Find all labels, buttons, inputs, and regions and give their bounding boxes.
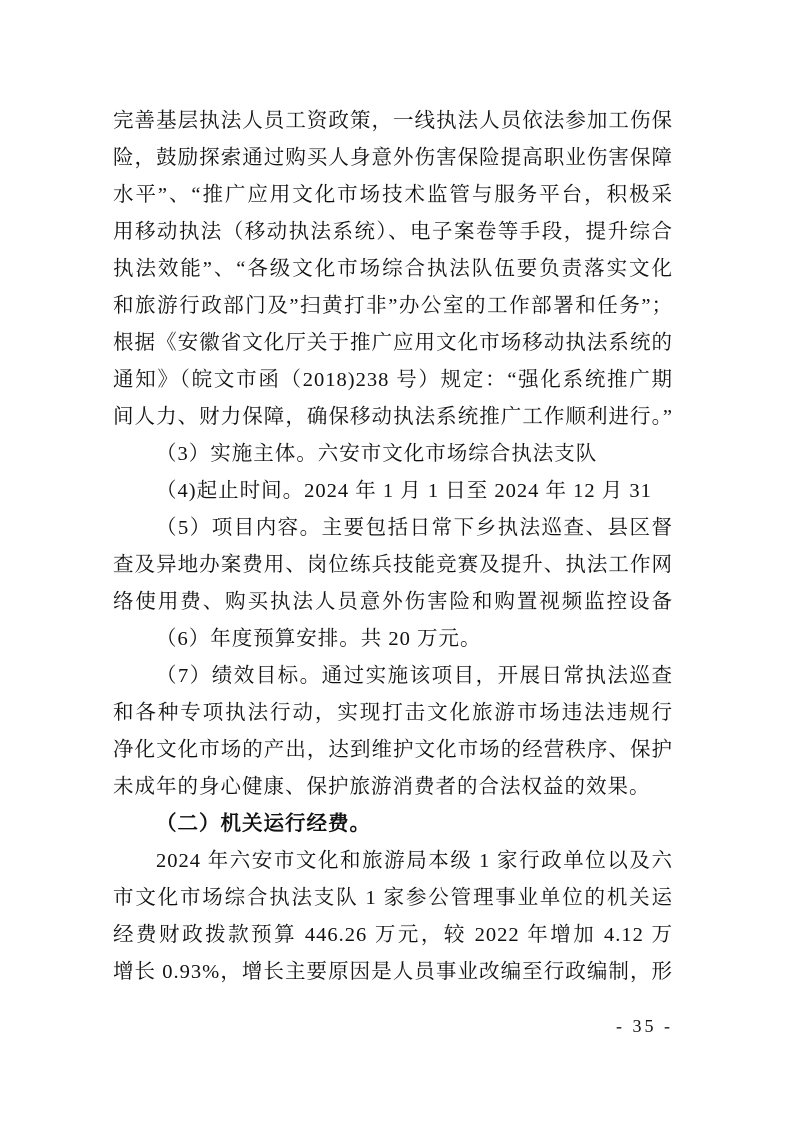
- text-line: 根据《安徽省文化厅关于推广应用文化市场移动执法系统的: [113, 325, 673, 362]
- text-line: 络使用费、购买执法人员意外伤害险和购置视频监控设备等。: [113, 584, 673, 621]
- text-line: 经费财政拨款预算 446.26 万元，较 2022 年增加 4.12 万元，: [113, 917, 673, 954]
- text-line: （7）绩效目标。通过实施该项目，开展日常执法巡查: [113, 658, 673, 695]
- text-line: 查及异地办案费用、岗位练兵技能竞赛及提升、执法工作网: [113, 547, 673, 584]
- document-page: 完善基层执法人员工资政策，一线执法人员依法参加工伤保险，鼓励探索通过购买人身意外…: [0, 0, 793, 1122]
- text-block: 完善基层执法人员工资政策，一线执法人员依法参加工伤保险，鼓励探索通过购买人身意外…: [113, 103, 673, 991]
- text-line: 和各种专项执法行动，实现打击文化旅游市场违法违规行为，: [113, 695, 673, 732]
- text-line: 用移动执法（移动执法系统）、电子案卷等手段，提升综合: [113, 214, 673, 251]
- text-line: 通知》（皖文市函（2018)238 号）规定：“强化系统推广期: [113, 362, 673, 399]
- text-line: 2024 年六安市文化和旅游局本级 1 家行政单位以及六安: [113, 843, 673, 880]
- text-line: 执法效能”、“各级文化市场综合执法队伍要负责落实文化: [113, 251, 673, 288]
- text-line: 完善基层执法人员工资政策，一线执法人员依法参加工伤保: [113, 103, 673, 140]
- text-line: 险，鼓励探索通过购买人身意外伤害保险提高职业伤害保障: [113, 140, 673, 177]
- text-line: 增长 0.93%，增长主要原因是人员事业改编至行政编制，形: [113, 954, 673, 991]
- text-line: 间人力、财力保障，确保移动执法系统推广工作顺利进行。”: [113, 399, 673, 436]
- page-number: - 35 -: [616, 1016, 673, 1037]
- text-line: 水平”、“推广应用文化市场技术监管与服务平台，积极采: [113, 177, 673, 214]
- text-line: （6）年度预算安排。共 20 万元。: [113, 621, 673, 658]
- text-line: 市文化市场综合执法支队 1 家参公管理事业单位的机关运行: [113, 880, 673, 917]
- text-line: 未成年的身心健康、保护旅游消费者的合法权益的效果。: [113, 769, 673, 806]
- section-heading: （二）机关运行经费。: [113, 806, 673, 843]
- text-line: （5）项目内容。主要包括日常下乡执法巡查、县区督: [113, 510, 673, 547]
- text-line: 净化文化市场的产出，达到维护文化市场的经营秩序、保护: [113, 732, 673, 769]
- text-line: 和旅游行政部门及”扫黄打非”办公室的工作部署和任务”；: [113, 288, 673, 325]
- text-line: （3）实施主体。六安市文化市场综合执法支队: [113, 436, 673, 473]
- text-line: （4)起止时间。2024 年 1 月 1 日至 2024 年 12 月 31 日…: [113, 473, 673, 510]
